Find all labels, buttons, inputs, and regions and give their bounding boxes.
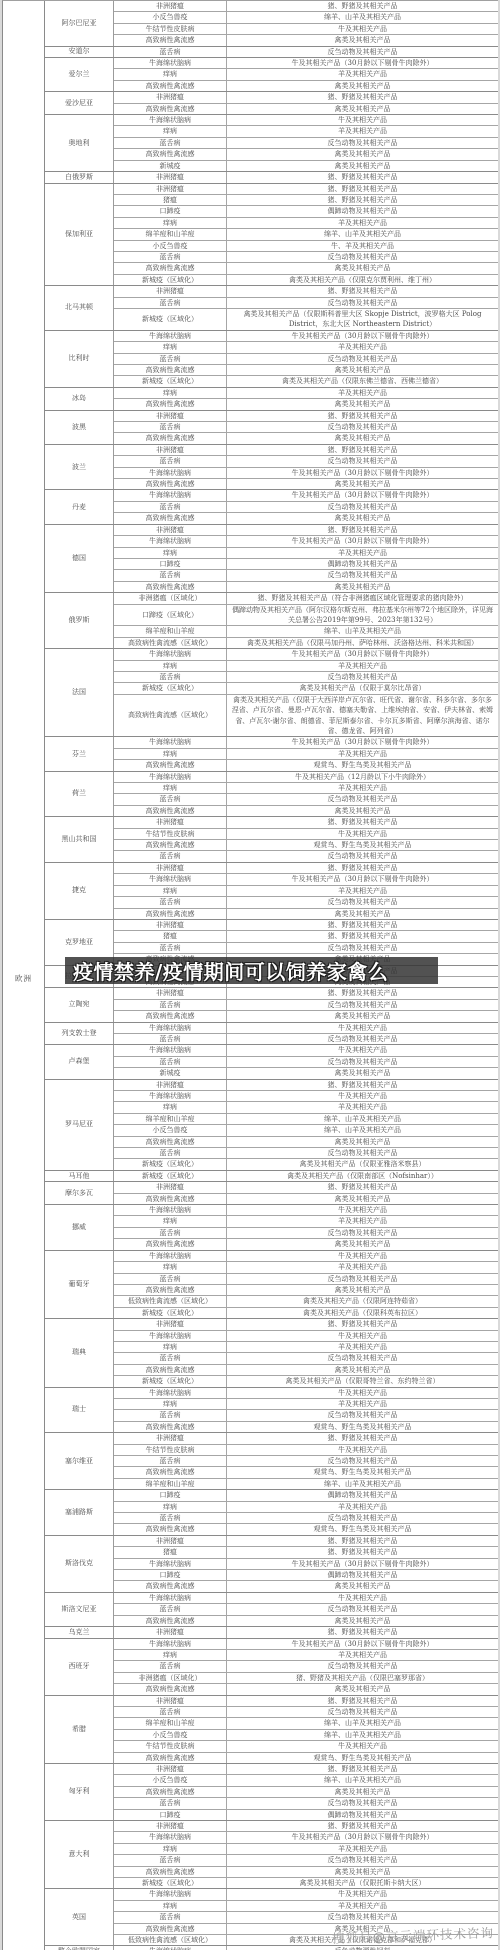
disease-cell: 小反刍兽疫: [114, 1730, 227, 1740]
disease-cell: 高致病性禽流感（区域化）: [114, 695, 227, 737]
table-row: 蓝舌病反刍动物及其相关产品: [114, 1034, 498, 1044]
product-cell: 牛及其相关产品: [227, 1251, 498, 1261]
country-group: 匈牙利非洲猪瘟猪、野猪及其相关产品小反刍兽疫绵羊、山羊及其相关产品高致病性禽流感…: [45, 1764, 498, 1821]
product-cell: 猪、野猪及其相关产品: [227, 920, 498, 930]
disease-cell: 高致病性禽流感（区域化）: [114, 638, 227, 648]
country-cell: 立陶宛: [45, 988, 114, 1021]
disease-cell: 高致病性禽流感: [114, 1137, 227, 1147]
product-cell: 绵羊、山羊及其相关产品: [227, 1125, 498, 1135]
disease-cell: 蓝舌病: [114, 794, 227, 804]
product-cell: 反刍动物及其相关产品: [227, 1410, 498, 1420]
product-cell: 禽类及其相关产品（仅限东佛兰德省、西佛兰德省）: [227, 376, 498, 386]
product-cell: 禽类及其相关产品: [227, 582, 498, 592]
country-cell: 意大利: [45, 1821, 114, 1888]
product-cell: 禽类及其相关产品（仅限南部区（Nofsinhar））: [227, 1171, 498, 1181]
country-cell: 挪威: [45, 1205, 114, 1250]
product-cell: 反刍动物及其相关产品: [227, 502, 498, 512]
product-cell: 牛及其相关产品: [227, 1445, 498, 1455]
country-group: 奥地利牛海绵状脑病牛及其相关产品痒病羊及其相关产品蓝舌病反刍动物及其相关产品高致…: [45, 115, 498, 172]
country-group: 黑山共和国非洲猪瘟猪、野猪及其相关产品牛结节性皮肤病牛及其相关产品高致病性禽流感…: [45, 817, 498, 863]
disease-cell: 口蹄疫: [114, 206, 227, 216]
country-cell: 西班牙: [45, 1639, 114, 1695]
disease-cell: 蓝舌病: [114, 252, 227, 262]
table-row: 非洲猪瘟猪、野猪及其相关产品: [114, 920, 498, 931]
country-rows: 非洲猪瘟猪、野猪及其相关产品: [114, 1627, 498, 1637]
table-row: 高致病性禽流感观赏鸟、野生鸟类及其相关产品: [114, 760, 498, 770]
disease-cell: 高致病性禽流感: [114, 840, 227, 850]
product-cell: 反刍动物及其相关产品: [227, 570, 498, 580]
page-edge-left: [0, 0, 2, 1950]
product-cell: 羊及其相关产品: [227, 1399, 498, 1409]
product-cell: 猪、野猪及其相关产品: [227, 1182, 498, 1192]
country-rows: 痒病羊及其相关产品高致病性禽流感禽类及其相关产品: [114, 388, 498, 410]
product-cell: 羊及其相关产品: [227, 1342, 498, 1352]
disease-cell: 小反刍兽疫: [114, 241, 227, 251]
product-cell: 反刍动物及其相关产品: [227, 1228, 498, 1238]
product-cell: 反刍动物及其相关产品: [227, 1707, 498, 1717]
country-rows: 非洲猪瘟猪、野猪及其相关产品高致病性禽流感禽类及其相关产品: [114, 1182, 498, 1204]
product-cell: 牛及其相关产品: [227, 115, 498, 125]
disease-cell: 蓝舌病: [114, 456, 227, 466]
disease-cell: 高致病性禽流感: [114, 1365, 227, 1375]
product-cell: 猪、野猪及其相关产品（仅限巴塞罗那省）: [227, 1673, 498, 1683]
product-cell: 牛及其相关产品: [227, 1388, 498, 1398]
table-row: 高致病性禽流感观赏鸟、野生鸟类及其相关产品: [114, 1422, 498, 1432]
disease-cell: 牛海绵状脑病: [114, 115, 227, 125]
disease-cell: 蓝舌病: [114, 354, 227, 364]
country-group: 葡萄牙牛海绵状脑病牛及其相关产品痒病羊及其相关产品蓝舌病反刍动物及其相关产品高致…: [45, 1251, 498, 1319]
product-cell: 禽类及其相关产品（仅限托斯卡纳大区）: [227, 1878, 498, 1888]
disease-cell: 非洲猪瘟: [114, 863, 227, 873]
country-group: 塞尔维亚非洲猪瘟猪、野猪及其相关产品牛结节性皮肤病牛及其相关产品蓝舌病反刍动物及…: [45, 1433, 498, 1490]
country-group: 白俄罗斯非洲猪瘟猪、野猪及其相关产品: [45, 172, 498, 183]
product-cell: 反刍动物及其相关产品: [227, 1912, 498, 1922]
product-cell: 反刍动物及其相关产品: [227, 252, 498, 262]
product-cell: 反刍动物及其相关产品: [227, 943, 498, 953]
disease-cell: 蓝舌病: [114, 422, 227, 432]
disease-cell: 痒病: [114, 342, 227, 352]
table-row: 非洲猪瘟猪、野猪及其相关产品: [114, 525, 498, 536]
disease-cell: 高致病性禽流感: [114, 1753, 227, 1763]
table-row: 痒病羊及其相关产品: [114, 126, 498, 137]
product-cell: 禽类及其相关产品（仅限克尔贾利州、维丁州）: [227, 275, 498, 285]
disease-cell: 牛海绵状脑病: [114, 1091, 227, 1101]
table-row: 蓝舌病反刍动物及其相关产品: [114, 1912, 498, 1923]
product-cell: 禽类及其相关产品: [227, 1867, 498, 1877]
table-row: 非洲猪瘟猪、野猪及其相关产品: [114, 92, 498, 103]
table-row: 非洲猪瘟（区域化）猪、野猪及其相关产品（符合非洲猪瘟区域化管理要求的猪肉除外）: [114, 593, 498, 604]
table-row: 痒病羊及其相关产品: [114, 783, 498, 794]
country-rows: 牛海绵状脑病牛及其相关产品痒病羊及其相关产品蓝舌病反刍动物及其相关产品高致病性禽…: [114, 1205, 498, 1250]
product-cell: 禽类及其相关产品: [227, 149, 498, 159]
product-cell: 禽类及其相关产品: [227, 1137, 498, 1147]
disease-cell: 非洲猪瘟（区域化）: [114, 593, 227, 603]
country-rows: 非洲猪瘟猪、野猪及其相关产品蓝舌病反刍动物及其相关产品新城疫（区域化）禽类及其相…: [114, 286, 498, 330]
product-cell: 猪、野猪及其相关产品: [227, 525, 498, 535]
table-row: 口蹄疫偶蹄动物及其相关产品: [114, 1810, 498, 1820]
product-cell: 猪、野猪及其相关产品: [227, 817, 498, 827]
table-row: 牛海绵状脑病牛及其相关产品（30月龄以下剔骨牛肉除外）: [114, 1832, 498, 1843]
table-row: 牛结节性皮肤病牛及其相关产品: [114, 1445, 498, 1456]
country-group: 罗马尼亚非洲猪瘟猪、野猪及其相关产品牛海绵状脑病牛及其相关产品痒病羊及其相关产品…: [45, 1080, 498, 1171]
product-cell: 羊及其相关产品: [227, 1650, 498, 1660]
product-cell: 禽类及其相关产品: [227, 806, 498, 816]
continent-cell: 欧洲: [3, 1, 45, 1950]
product-cell: 猪、野猪及其相关产品: [227, 445, 498, 455]
disease-cell: 蓝舌病: [114, 1228, 227, 1238]
country-rows: 非洲猪瘟猪、野猪及其相关产品: [114, 172, 498, 182]
table-row: 蓝舌病反刍动物及其相关产品: [114, 354, 498, 365]
country-cell: 列支敦士登: [45, 1023, 114, 1045]
product-cell: 猪、野猪及其相关产品: [227, 988, 498, 998]
country-cell: 冰岛: [45, 388, 114, 410]
table-row: 蓝舌病反刍动物及其相关产品: [114, 1057, 498, 1068]
country-cell: 比利时: [45, 331, 114, 387]
table-row: 新城疫（区域化）禽类及其相关产品（仅限亚雅洛米察县）: [114, 1159, 498, 1169]
table-row: 新城疫（区域化）禽类及其相关产品（仅限克尔贾利州、维丁州）: [114, 275, 498, 285]
table-row: 蓝舌病反刍动物及其相关产品: [114, 252, 498, 263]
country-group: 斯洛文尼亚牛海绵状脑病牛及其相关产品蓝舌病反刍动物及其相关产品高致病性禽流感禽类…: [45, 1593, 498, 1627]
disease-cell: 新城疫（区域化）: [114, 376, 227, 386]
product-cell: 牛及其相关产品: [227, 1741, 498, 1751]
product-cell: 猪、野猪及其相关产品: [227, 1536, 498, 1546]
disease-cell: 猪瘟: [114, 931, 227, 941]
table-row: 蓝舌病反刍动物及其相关产品: [114, 1661, 498, 1672]
table-row: 非洲猪瘟猪、野猪及其相关产品: [114, 1, 498, 12]
country-group: 挪威牛海绵状脑病牛及其相关产品痒病羊及其相关产品蓝舌病反刍动物及其相关产品高致病…: [45, 1205, 498, 1251]
disease-cell: 非洲猪瘟: [114, 411, 227, 421]
table-row: 牛结节性皮肤病牛及其相关产品: [114, 24, 498, 35]
table-row: 痒病羊及其相关产品: [114, 69, 498, 80]
disease-cell: 非洲猪瘟: [114, 1319, 227, 1329]
table-row: 高致病性禽流感禽类及其相关产品: [114, 365, 498, 376]
table-row: 非洲猪瘟猪、野猪及其相关产品: [114, 863, 498, 874]
product-cell: 猪、野猪及其相关产品: [227, 1696, 498, 1706]
product-cell: 禽类及其相关产品（仅限于大西洋岸卢瓦尔省、旺代省、谢尔省、科多尔省、多尔多涅省、…: [227, 695, 498, 737]
table-row: 小反刍兽疫牛、羊及其相关产品: [114, 241, 498, 252]
disease-cell: 蓝舌病: [114, 1057, 227, 1067]
disease-cell: 蓝舌病: [114, 1456, 227, 1466]
country-cell: 瑞士: [45, 1388, 114, 1433]
product-cell: 禽类及其相关产品: [227, 365, 498, 375]
disease-cell: 痒病: [114, 783, 227, 793]
product-cell: 绵羊、山羊及其相关产品: [227, 1479, 498, 1489]
product-cell: 牛及其相关产品: [227, 1205, 498, 1215]
disease-cell: 猪瘟: [114, 1547, 227, 1557]
disease-cell: 非洲猪瘟: [114, 445, 227, 455]
table-row: 绵羊痘和山羊痘绵羊、山羊及其相关产品: [114, 1479, 498, 1489]
product-cell: 禽类及其相关产品: [227, 399, 498, 409]
disease-cell: 蓝舌病: [114, 1274, 227, 1284]
table-row: 高致病性禽流感禽类及其相关产品: [114, 909, 498, 919]
disease-cell: 新城疫（区域化）: [114, 1159, 227, 1169]
table-row: 小反刍兽疫绵羊、山羊及其相关产品: [114, 1730, 498, 1741]
table-row: 新城疫（区域化）禽类及其相关产品（仅限南部区（Nofsinhar））: [114, 1171, 498, 1181]
product-cell: 羊及其相关产品: [227, 69, 498, 79]
country-cell: 乌克兰: [45, 1627, 114, 1637]
table-row: 高致病性禽流感禽类及其相关产品: [114, 479, 498, 489]
product-cell: 猪、野猪及其相关产品（符合非洲猪瘟区域化管理要求的猪肉除外）: [227, 593, 498, 603]
country-cell: 阿尔巴尼亚: [45, 1, 114, 46]
table-row: 绵羊痘和山羊痘绵羊、山羊及其相关产品: [114, 229, 498, 240]
disease-cell: 非洲猪瘟: [114, 184, 227, 194]
product-cell: 反刍动物及其相关产品: [227, 1798, 498, 1808]
table-row: 绵羊痘和山羊痘绵羊、山羊及其相关产品: [114, 1718, 498, 1729]
table-row: 高致病性禽流感禽类及其相关产品: [114, 513, 498, 523]
disease-cell: 高致病性禽流感: [114, 104, 227, 114]
product-cell: 禽类及其相关产品: [227, 104, 498, 114]
disease-cell: 非洲猪瘟: [114, 1182, 227, 1192]
table-row: 蓝舌病反刍动物及其相关产品: [114, 1604, 498, 1615]
disease-cell: 蓝舌病: [114, 1798, 227, 1808]
product-cell: 羊及其相关产品: [227, 1901, 498, 1911]
country-cell: 黑山共和国: [45, 817, 114, 862]
country-rows: 牛海绵状脑病牛及其相关产品（30月龄以下剔骨牛肉除外）痒病羊及其相关产品蓝舌病反…: [114, 649, 498, 736]
product-cell: 反刍动物及其相关产品: [227, 1000, 498, 1010]
product-cell: 猪、野猪及其相关产品: [227, 195, 498, 205]
table-row: 蓝舌病反刍动物及其相关产品: [114, 672, 498, 683]
continent-label: 欧洲: [15, 973, 32, 984]
disease-cell: 蓝舌病: [114, 1661, 227, 1671]
disease-cell: 高致病性禽流感: [114, 1924, 227, 1934]
disease-cell: 口蹄疫: [114, 1490, 227, 1500]
country-rows: 牛海绵状脑病牛及其相关产品（30月龄以下剔骨牛肉除外）痒病羊及其相关产品高致病性…: [114, 737, 498, 770]
disease-cell: 高致病性禽流感: [114, 1194, 227, 1204]
table-row: 高致病性禽流感观赏鸟、野生鸟类及其相关产品: [114, 1467, 498, 1478]
country-group: 乌克兰非洲猪瘟猪、野猪及其相关产品: [45, 1627, 498, 1638]
table-row: 高致病性禽流感（区域化）禽类及其相关产品（仅限于大西洋岸卢瓦尔省、旺代省、谢尔省…: [114, 695, 498, 737]
table-row: 牛海绵状脑病牛及其相关产品: [114, 1331, 498, 1342]
country-rows: 非洲猪瘟（区域化）猪、野猪及其相关产品（符合非洲猪瘟区域化管理要求的猪肉除外）口…: [114, 593, 498, 648]
product-cell: 猪、野猪及其相关产品: [227, 411, 498, 421]
country-rows: 非洲猪瘟猪、野猪及其相关产品蓝舌病反刍动物及其相关产品高致病性禽流感禽类及其相关…: [114, 988, 498, 1021]
disease-cell: 新城疫（区域化）: [114, 1308, 227, 1318]
country-cell: 塞尔维亚: [45, 1433, 114, 1489]
disease-cell: 高致病性禽流感: [114, 1239, 227, 1249]
product-cell: 猪、野猪及其相关产品: [227, 1627, 498, 1637]
product-cell: 绵羊、山羊及其相关产品: [227, 1730, 498, 1740]
table-row: 非洲猪瘟猪、野猪及其相关产品: [114, 172, 498, 182]
table-row: 牛海绵状脑病牛及其相关产品: [114, 1889, 498, 1900]
table-row: 痒病羊及其相关产品: [114, 661, 498, 672]
disease-cell: 高致病性禽流感: [114, 35, 227, 45]
country-cell: 斯洛伐克: [45, 1536, 114, 1592]
disease-cell: 牛海绵状脑病: [114, 1946, 227, 1950]
promo-banner-overlay: 疫情禁养/疫情期间可以饲养家禽么: [65, 957, 438, 984]
product-cell: 禽类及其相关产品: [227, 81, 498, 91]
country-rows: 非洲猪瘟猪、野猪及其相关产品猪瘟猪、野猪及其相关产品口蹄疫偶蹄动物及其相关产品痒…: [114, 184, 498, 286]
country-cell: 波兰: [45, 445, 114, 490]
country-group: 北马其顿非洲猪瘟猪、野猪及其相关产品蓝舌病反刍动物及其相关产品新城疫（区域化）禽…: [45, 286, 498, 331]
table-row: 高致病性禽流感禽类及其相关产品: [114, 1684, 498, 1694]
country-rows: 非洲猪瘟猪、野猪及其相关产品牛结节性皮肤病牛及其相关产品蓝舌病反刍动物及其相关产…: [114, 1433, 498, 1489]
disease-cell: 蓝舌病: [114, 1034, 227, 1044]
country-rows: 非洲猪瘟猪、野猪及其相关产品牛海绵状脑病牛及其相关产品痒病羊及其相关产品绵羊痘和…: [114, 1080, 498, 1170]
product-cell: 偶蹄动物及其相关产品: [227, 559, 498, 569]
product-cell: 牛及其相关产品: [227, 1889, 498, 1899]
country-group: 意大利非洲猪瘟猪、野猪及其相关产品牛海绵状脑病牛及其相关产品（30月龄以下剔骨牛…: [45, 1821, 498, 1889]
table-row: 高致病性禽流感禽类及其相关产品: [114, 1365, 498, 1376]
product-cell: 禽类及其相关产品: [227, 1194, 498, 1204]
disease-cell: 高致病性禽流感: [114, 806, 227, 816]
table-row: 牛海绵状脑病牛及其相关产品: [114, 1023, 498, 1034]
product-cell: 猪、野猪及其相关产品: [227, 92, 498, 102]
country-cell: 波黑: [45, 411, 114, 444]
product-cell: 禽类及其相关产品: [227, 1365, 498, 1375]
table-row: 牛海绵状脑病反刍动物源性饲料: [114, 1946, 498, 1950]
product-cell: 观赏鸟、野生鸟类及其相关产品: [227, 1467, 498, 1477]
disease-cell: 高致病性禽流感: [114, 1467, 227, 1477]
disease-cell: 新城疫: [114, 1068, 227, 1078]
disease-cell: 高致病性禽流感: [114, 263, 227, 273]
country-group: 塞浦路斯口蹄疫偶蹄动物及其相关产品痒病羊及其相关产品蓝舌病反刍动物及其相关产品高…: [45, 1490, 498, 1536]
country-group: 瑞典非洲猪瘟猪、野猪及其相关产品牛海绵状脑病牛及其相关产品痒病羊及其相关产品蓝舌…: [45, 1319, 498, 1387]
product-cell: 绵羊、山羊及其相关产品: [227, 626, 498, 636]
country-group: 捷克非洲猪瘟猪、野猪及其相关产品牛海绵状脑病牛及其相关产品（30月龄以下剔骨牛肉…: [45, 863, 498, 920]
disease-cell: 牛海绵状脑病: [114, 1388, 227, 1398]
disease-cell: 牛海绵状脑病: [114, 58, 227, 68]
table-row: 非洲猪瘟猪、野猪及其相关产品: [114, 1182, 498, 1193]
product-cell: 禽类及其相关产品: [227, 479, 498, 489]
disease-cell: 痒病: [114, 69, 227, 79]
table-row: 牛海绵状脑病牛及其相关产品（30月龄以下剔骨牛肉除外）: [114, 1559, 498, 1570]
country-rows: 牛海绵状脑病牛及其相关产品蓝舌病反刍动物及其相关产品高致病性禽流感禽类及其相关产…: [114, 1593, 498, 1626]
table-row: 猪瘟猪、野猪及其相关产品: [114, 1547, 498, 1558]
disease-cell: 牛海绵状脑病: [114, 490, 227, 500]
disease-cell: 高致病性禽流感: [114, 1524, 227, 1534]
product-cell: 禽类及其相关产品（仅限于莫尔比昂省）: [227, 683, 498, 693]
product-cell: 牛及其相关产品: [227, 1023, 498, 1033]
product-cell: 反刍动物及其相关产品: [227, 1353, 498, 1363]
disease-cell: 口蹄疫: [114, 1570, 227, 1580]
table-row: 非洲猪瘟猪、野猪及其相关产品: [114, 1821, 498, 1832]
table-row: 非洲猪瘟（区域化）猪、野猪及其相关产品（仅限巴塞罗那省）: [114, 1673, 498, 1684]
product-cell: 猪、野猪及其相关产品: [227, 863, 498, 873]
disease-cell: 新城疫: [114, 161, 227, 171]
table-row: 高致病性禽流感禽类及其相关产品: [114, 1137, 498, 1148]
table-row: 蓝舌病反刍动物及其相关产品: [114, 1410, 498, 1421]
disease-cell: 口蹄疫: [114, 559, 227, 569]
product-cell: 猪、野猪及其相关产品: [227, 1319, 498, 1329]
product-cell: 禽类及其相关产品: [227, 1684, 498, 1694]
product-cell: 观赏鸟、野生鸟类及其相关产品: [227, 1422, 498, 1432]
table-row: 痒病羊及其相关产品: [114, 1844, 498, 1855]
country-rows: 新城疫（区域化）禽类及其相关产品（仅限南部区（Nofsinhar））: [114, 1171, 498, 1181]
disease-cell: 牛海绵状脑病: [114, 1045, 227, 1055]
table-row: 高致病性禽流感禽类及其相关产品: [114, 104, 498, 114]
disease-cell: 牛海绵状脑病: [114, 649, 227, 659]
table-row: 高致病性禽流感观赏鸟、野生鸟类及其相关产品: [114, 1753, 498, 1763]
product-cell: 偶蹄动物及其相关产品: [227, 206, 498, 216]
table-row: 非洲猪瘟猪、野猪及其相关产品: [114, 817, 498, 828]
disease-cell: 高致病性禽流感: [114, 149, 227, 159]
product-cell: 牛及其相关产品（30月龄以下剔骨牛肉除外）: [227, 1559, 498, 1569]
table-row: 高致病性禽流感（区域化）禽类及其相关产品（仅限马加丹州、萨哈林州、沃洛格达州、科…: [114, 638, 498, 648]
product-cell: 牛及其相关产品（30月龄以下剔骨牛肉除外）: [227, 1639, 498, 1649]
product-cell: 反刍动物及其相关产品: [227, 794, 498, 804]
country-rows: 蓝舌病反刍动物及其相关产品: [114, 47, 498, 57]
table-row: 痒病羊及其相关产品: [114, 1399, 498, 1410]
table-row: 口蹄疫偶蹄动物及其相关产品: [114, 1570, 498, 1581]
disease-cell: 高致病性禽流感: [114, 513, 227, 523]
disease-cell: 绵羊痘和山羊痘: [114, 1114, 227, 1124]
disease-cell: 痒病: [114, 218, 227, 228]
disease-cell: 新城疫（区域化）: [114, 309, 227, 330]
product-cell: 反刍动物及其相关产品: [227, 47, 498, 57]
disease-cell: 高致病性禽流感: [114, 1011, 227, 1021]
table-row: 高致病性禽流感禽类及其相关产品: [114, 1285, 498, 1296]
product-cell: 反刍动物及其相关产品: [227, 1661, 498, 1671]
disease-cell: 新城疫（区域化）: [114, 1376, 227, 1386]
product-cell: 禽类及其相关产品: [227, 513, 498, 523]
disease-cell: 牛海绵状脑病: [114, 874, 227, 884]
product-cell: 羊及其相关产品: [227, 1102, 498, 1112]
disease-cell: 高致病性禽流感: [114, 399, 227, 409]
product-cell: 禽类及其相关产品（仅限亚雅洛米察县）: [227, 1159, 498, 1169]
table-row: 痒病羊及其相关产品: [114, 1650, 498, 1661]
table-row: 非洲猪瘟猪、野猪及其相关产品: [114, 1080, 498, 1091]
country-group: 西班牙牛海绵状脑病牛及其相关产品（30月龄以下剔骨牛肉除外）痒病羊及其相关产品蓝…: [45, 1639, 498, 1696]
disease-cell: 非洲猪瘟: [114, 1764, 227, 1774]
table-row: 牛海绵状脑病牛及其相关产品（30月龄以下剔骨牛肉除外）: [114, 737, 498, 748]
table-row: 痒病羊及其相关产品: [114, 1102, 498, 1113]
country-group: 保加利亚非洲猪瘟猪、野猪及其相关产品猪瘟猪、野猪及其相关产品口蹄疫偶蹄动物及其相…: [45, 184, 498, 287]
product-cell: 偶蹄动物及其相关产品: [227, 1810, 498, 1820]
disease-cell: 蓝舌病: [114, 1912, 227, 1922]
country-cell: 捷克: [45, 863, 114, 919]
country-cell: 英国: [45, 1889, 114, 1945]
disease-cell: 牛海绵状脑病: [114, 772, 227, 782]
disease-cell: 非洲猪瘟: [114, 1821, 227, 1831]
promo-banner-text: 疫情禁养/疫情期间可以饲养家禽么: [73, 956, 388, 985]
table-row: 牛海绵状脑病牛及其相关产品: [114, 115, 498, 126]
disease-cell: 非洲猪瘟: [114, 1536, 227, 1546]
disease-cell: 新城疫（区域化）: [114, 1171, 227, 1181]
table-row: 低致病性禽流感（区域化）禽类及其相关产品（仅限阿连特茹省）: [114, 1296, 498, 1307]
table-row: 绵羊痘和山羊痘绵羊、山羊及其相关产品: [114, 1114, 498, 1125]
table-row: 痒病羊及其相关产品: [114, 749, 498, 760]
country-group: 卢森堡牛海绵状脑病牛及其相关产品蓝舌病反刍动物及其相关产品新城疫禽类及其相关产品: [45, 1045, 498, 1079]
table-row: 猪瘟猪、野猪及其相关产品: [114, 195, 498, 206]
table-row: 蓝舌病反刍动物及其相关产品: [114, 422, 498, 433]
product-cell: 猪、野猪及其相关产品: [227, 1547, 498, 1557]
country-rows: 非洲猪瘟猪、野猪及其相关产品高致病性禽流感禽类及其相关产品: [114, 92, 498, 114]
product-cell: 绵羊、山羊及其相关产品: [227, 12, 498, 22]
table-row: 新城疫禽类及其相关产品: [114, 161, 498, 171]
country-cell: 爱沙尼亚: [45, 92, 114, 114]
disease-cell: 非洲猪瘟: [114, 1696, 227, 1706]
table-row: 牛海绵状脑病牛及其相关产品（30月龄以下剔骨牛肉除外）: [114, 468, 498, 479]
table-row: 高致病性禽流感禽类及其相关产品: [114, 1787, 498, 1798]
product-cell: 反刍动物及其相关产品: [227, 897, 498, 907]
product-cell: 牛及其相关产品（30月龄以下剔骨牛肉除外）: [227, 874, 498, 884]
disease-cell: 牛海绵状脑病: [114, 1593, 227, 1603]
disease-cell: 痒病: [114, 1342, 227, 1352]
table-row: 非洲猪瘟猪、野猪及其相关产品: [114, 1627, 498, 1637]
table-row: 牛海绵状脑病牛及其相关产品（30月龄以下剔骨牛肉除外）: [114, 58, 498, 69]
country-cell: 荷兰: [45, 772, 114, 817]
table-row: 痒病羊及其相关产品: [114, 1502, 498, 1513]
product-cell: 偶蹄动物及其相关产品（阿尔汉格尔斯克州、弗拉基米尔州等72个地区除外，详见海关总…: [227, 605, 498, 626]
product-cell: 猪、野猪及其相关产品: [227, 1433, 498, 1443]
table-row: 高致病性禽流感禽类及其相关产品: [114, 1194, 498, 1204]
table-row: 蓝舌病反刍动物及其相关产品: [114, 1274, 498, 1285]
country-cell: 马耳他: [45, 1171, 114, 1181]
disease-cell: 痒病: [114, 1502, 227, 1512]
product-cell: 羊及其相关产品: [227, 783, 498, 793]
disease-cell: 绵羊痘和山羊痘: [114, 229, 227, 239]
product-cell: 反刍动物及其相关产品: [227, 1034, 498, 1044]
